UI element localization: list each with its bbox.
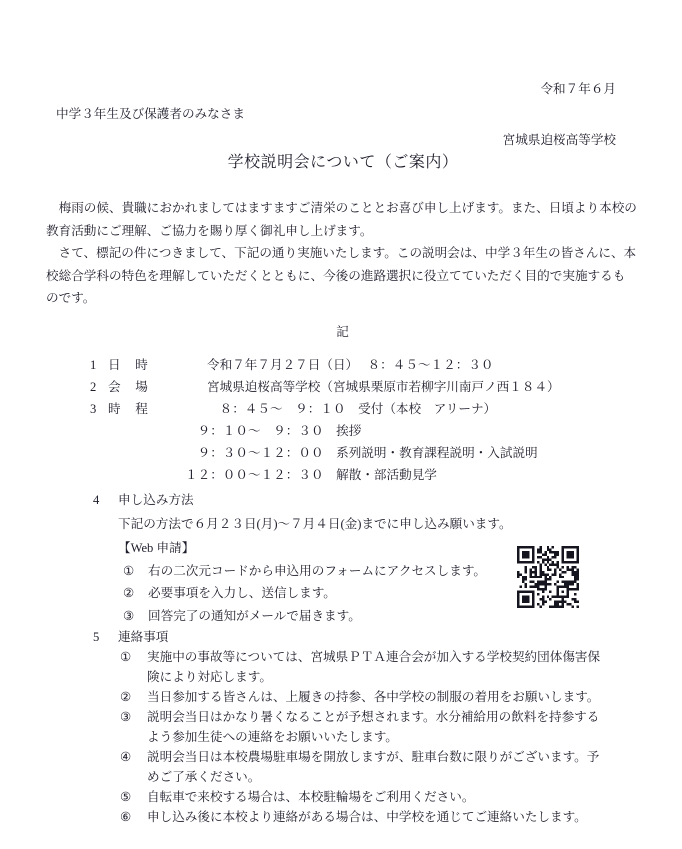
step-text: 右の二次元コードから申込用のフォームにアクセスします。 [148, 560, 486, 583]
note-text: 実施中の事故等については、宮城県ＰＴＡ連合会が加入する学校契約団体傷害保 険によ… [147, 647, 640, 687]
datetime-value: 令和７年７月２７日（日） ８：４５～１２：３０ [207, 354, 640, 376]
note-item: ④ 説明会当日は本校農場駐車場を開放しますが、駐車台数に限りがございます。予 め… [46, 747, 640, 787]
datetime-label: 日 時 [108, 354, 207, 376]
note-marker: ④ [120, 747, 147, 787]
note-text: 自転車で来校する場合は、本校駐輪場をご利用ください。 [147, 787, 640, 807]
venue-value: 宮城県迫桜高等学校（宮城県栗原市若柳字川南戸ノ西１８４） [207, 376, 640, 398]
notes-heading: 5 連絡事項 [46, 627, 640, 647]
note-text: 説明会当日は本校農場駐車場を開放しますが、駐車台数に限りがございます。予 めご了… [147, 747, 640, 787]
note-marker: ⑤ [120, 787, 147, 807]
recipient-line: 中学３年生及び保護者のみなさま [46, 105, 640, 123]
record-marker: 記 [46, 323, 640, 341]
step-marker: ② [123, 582, 148, 605]
venue-label: 会 場 [108, 376, 207, 398]
application-label: 申し込み方法 [118, 488, 194, 512]
body-paragraphs: 梅雨の候、貴職におかれましてはますますご清栄のこととお喜び申し上げます。また、日… [46, 197, 640, 310]
notes-number: 5 [93, 627, 118, 647]
application-number: 4 [93, 488, 118, 512]
sender-line: 宮城県迫桜高等学校 [46, 131, 640, 149]
schedule-line: ９：３０～１２：００ 系列説明・教育課程説明・入試説明 [46, 442, 640, 464]
qr-code [517, 546, 579, 608]
note-item: ⑤ 自転車で来校する場合は、本校駐輪場をご利用ください。 [46, 787, 640, 807]
note-marker: ① [120, 647, 147, 687]
note-item: ① 実施中の事故等については、宮城県ＰＴＡ連合会が加入する学校契約団体傷害保 険… [46, 647, 640, 687]
schedule-line: １２：００～１２：３０ 解散・部活動見学 [46, 464, 640, 486]
schedule-line: ９：１０～ ９：３０ 挨拶 [46, 420, 640, 442]
schedule-label: 時 程 [108, 398, 207, 420]
purpose-paragraph: さて、標記の件につきまして、下記の通り実施いたします。この説明会は、中学３年生の… [46, 242, 640, 310]
datetime-number: 1 [90, 354, 108, 376]
note-marker: ② [120, 687, 147, 707]
note-item: ⑥ 申し込み後に本校より連絡がある場合は、中学校を通じてご連絡いたします。 [46, 807, 640, 827]
document-title: 学校説明会について（ご案内） [46, 152, 640, 174]
venue-row: 2 会 場 宮城県迫桜高等学校（宮城県栗原市若柳字川南戸ノ西１８４） [46, 376, 640, 398]
datetime-row: 1 日 時 令和７年７月２７日（日） ８：４５～１２：３０ [46, 354, 640, 376]
note-text: 申し込み後に本校より連絡がある場合は、中学校を通じてご連絡いたします。 [147, 807, 640, 827]
note-text: 当日参加する皆さんは、上履きの持参、各中学校の制服の着用をお願いします。 [147, 687, 640, 707]
step-text: 必要事項を入力し、送信します。 [148, 582, 336, 605]
notes-label: 連絡事項 [118, 627, 168, 647]
detail-list: 1 日 時 令和７年７月２７日（日） ８：４５～１２：３０ 2 会 場 宮城県迫… [46, 354, 640, 486]
issue-date: 令和７年６月 [46, 80, 640, 98]
note-item: ③ 説明会当日はかなり暑くなることが予想されます。水分補給用の飲料を持参する よ… [46, 707, 640, 747]
note-marker: ③ [120, 707, 147, 747]
note-text: 説明会当日はかなり暑くなることが予想されます。水分補給用の飲料を持参する よう参… [147, 707, 640, 747]
notes-section: 5 連絡事項 ① 実施中の事故等については、宮城県ＰＴＡ連合会が加入する学校契約… [46, 627, 640, 827]
note-item: ② 当日参加する皆さんは、上履きの持参、各中学校の制服の着用をお願いします。 [46, 687, 640, 707]
greeting-paragraph: 梅雨の候、貴職におかれましてはますますご清栄のこととお喜び申し上げます。また、日… [46, 197, 640, 242]
step-marker: ① [123, 560, 148, 583]
schedule-number: 3 [90, 398, 108, 420]
schedule-row: 3 時 程 ８：４５～ ９：１０ 受付（本校 アリーナ） [46, 398, 640, 420]
application-heading: 4 申し込み方法 [46, 488, 640, 512]
note-marker: ⑥ [120, 807, 147, 827]
step-text: 回答完了の通知がメールで届きます。 [148, 605, 361, 628]
application-instruction: 下記の方法で６月２３日(月)～７月４日(金)までに申し込み願います。 [46, 512, 640, 536]
document-page: 令和７年６月 中学３年生及び保護者のみなさま 宮城県迫桜高等学校 学校説明会につ… [0, 0, 682, 849]
step-marker: ③ [123, 605, 148, 628]
schedule-line: ８：４５～ ９：１０ 受付（本校 アリーナ） [207, 398, 640, 420]
venue-number: 2 [90, 376, 108, 398]
